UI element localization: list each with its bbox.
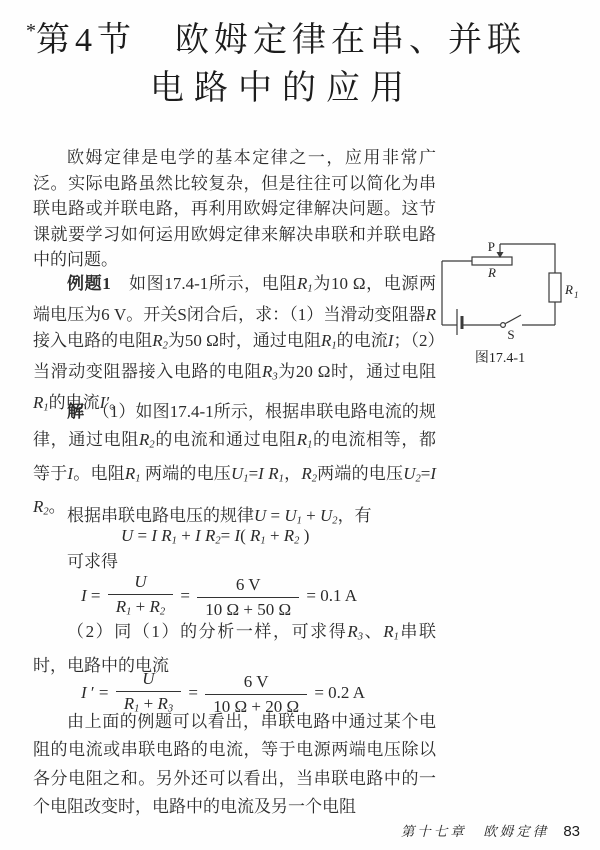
resistor-label-subscript: 1 xyxy=(574,290,579,300)
formula-result: = 0.2 A xyxy=(310,683,365,702)
switch-blade xyxy=(506,315,522,324)
equals-sign: = xyxy=(184,683,202,702)
page-title-line1: *第4节 欧姆定律在串、并联 xyxy=(0,6,600,66)
fraction-numerator: 6 V xyxy=(205,672,307,695)
formula-current-1: I = UR1 + R2 = 6 V10 Ω + 50 Ω = 0.1 A xyxy=(33,572,436,623)
formula-voltage-sum: U = I R1 + I R2= I( R1 + R2 ) xyxy=(33,526,436,547)
formula-lhs: I ′ = xyxy=(81,683,113,702)
textbook-page: *第4节 欧姆定律在串、并联 电路中的应用 欧姆定律是电学的基本定律之一，应用非… xyxy=(0,0,600,850)
intro-paragraph: 欧姆定律是电学的基本定律之一，应用非常广泛。实际电路虽然比较复杂，但是往往可以简… xyxy=(33,145,436,273)
resistor-label: R xyxy=(564,282,573,297)
fraction-numerator: U xyxy=(116,669,181,692)
formula-lhs: I = xyxy=(81,586,105,605)
page-footer: 第十七章 欧姆定律 83 xyxy=(401,820,580,840)
figure-caption: 图17.4-1 xyxy=(433,347,567,367)
fraction-numeric: 6 V10 Ω + 50 Ω xyxy=(197,575,299,620)
page-title-line1-text: 第4节 欧姆定律在串、并联 xyxy=(36,22,526,59)
switch-pivot xyxy=(501,323,506,328)
fraction-numerator: 6 V xyxy=(197,575,299,598)
conclusion-paragraph: 由上面的例题可以看出，串联电路中通过某个电阻的电流或串联电路的电流，等于电源两端… xyxy=(33,708,436,822)
rheostat-symbol xyxy=(472,257,512,265)
circuit-figure: P R R 1 S 图17.4-1 xyxy=(433,237,598,367)
slider-label: P xyxy=(488,239,495,254)
lead-in-text: 可求得 xyxy=(33,550,436,574)
page-title: *第4节 欧姆定律在串、并联 电路中的应用 xyxy=(0,6,600,112)
page-title-line2: 电路中的应用 xyxy=(0,66,600,112)
rheostat-label: R xyxy=(487,265,496,280)
page-number: 83 xyxy=(563,823,580,840)
equals-sign: = xyxy=(176,586,194,605)
optional-section-asterisk: * xyxy=(26,20,36,42)
formula-result: = 0.1 A xyxy=(302,586,357,605)
switch-label: S xyxy=(507,327,514,342)
fraction-numerator: U xyxy=(108,572,173,595)
fraction-symbolic: UR1 + R2 xyxy=(108,572,173,623)
resistor-symbol xyxy=(549,273,561,302)
chapter-label: 第十七章 欧姆定律 xyxy=(401,820,550,840)
fraction-denominator: 10 Ω + 50 Ω xyxy=(197,598,299,620)
circuit-diagram-svg: P R R 1 S xyxy=(433,237,598,345)
